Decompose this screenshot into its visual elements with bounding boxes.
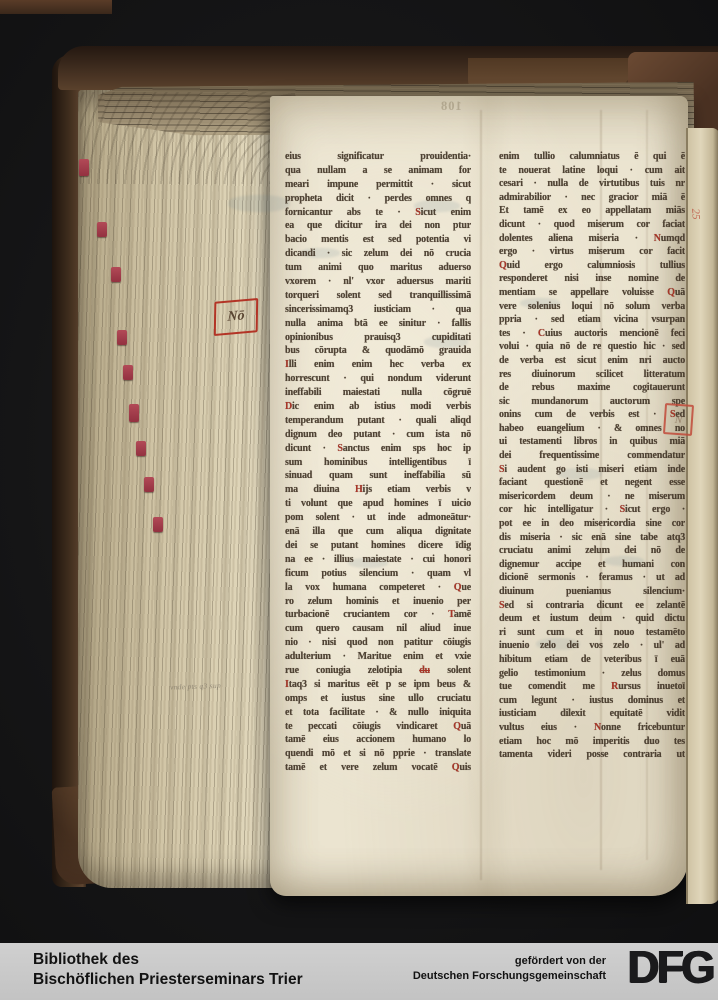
showthrough-smudge: [228, 195, 290, 212]
next-leaf-edge: [686, 128, 718, 904]
ink-text: de rebus maxime cogitauerunt: [499, 382, 685, 393]
manuscript-line: Illi enim enim hec verba ex: [285, 359, 471, 373]
manuscript-line: dis miseria · sic enā sine tabe atq3: [499, 532, 685, 546]
manuscript-line: vere solenius loqui nō solum verba: [499, 301, 685, 315]
manuscript-line: mentiam se appellare voluisse Quā: [499, 287, 685, 301]
ink-text: omps et iustus sine ullo cruciatu: [285, 693, 471, 704]
ink-text: deum et iustum deum · quid dictu: [499, 613, 685, 624]
manuscript-line: cesari · nulla de virtutibus tuis nr: [499, 178, 685, 192]
manuscript-line: horrescunt · qui nondum viderunt: [285, 373, 471, 387]
bookmark-tab: [123, 365, 133, 380]
ink-text: cruciatu animi zelum dei nō de: [499, 545, 685, 556]
ink-text: bus cōrupta & quodāmō grauida: [285, 345, 471, 356]
manuscript-line: dicionē sermonis · feramus · ut ad: [499, 572, 685, 586]
ink-text: cum quero causam nil aliud inue: [285, 623, 471, 634]
manuscript-line: hibitum etiam de veteribus ī euā: [499, 654, 685, 668]
ink-text: de verba est sicut enim nri aucto: [499, 355, 685, 366]
ink-text: umqd: [661, 233, 685, 244]
ink-text: etiam hoc mō imperitis duo tes: [499, 736, 685, 747]
manuscript-line: ri sunt cum et in nouo testamēto: [499, 627, 685, 641]
manuscript-line: Si audent go isti miseri etiam inde: [499, 464, 685, 478]
ink-text: icut enim: [421, 207, 471, 218]
dfg-logo: DFG: [628, 942, 713, 994]
rubric-text: D: [285, 401, 292, 412]
ink-text: tue comendit me: [499, 681, 611, 692]
manuscript-line: ti volunt que apud homines ī uicio: [285, 498, 471, 512]
library-name-line1: Bibliothek des: [33, 950, 303, 970]
library-name: Bibliothek des Bischöflichen Priestersem…: [33, 950, 303, 990]
ink-text: ed si contraria dicunt ee zelantē: [504, 600, 685, 611]
ink-text: adulterium · Maritue enim et vxie: [285, 651, 471, 662]
ink-text: ursus inuetoī: [618, 681, 685, 692]
ink-text: dicunt ·: [285, 443, 337, 454]
credit-banner: Bibliothek des Bischöflichen Priestersem…: [0, 943, 718, 1000]
manuscript-line: ui testamenti libros in quibus miā: [499, 436, 685, 450]
ink-text: uius auctoris mencionē feci: [545, 328, 685, 339]
manuscript-line: dei se putant homines dicere īdig: [285, 540, 471, 554]
manuscript-line: dei frequentissime commendatur: [499, 450, 685, 464]
rubric-text: H: [355, 484, 363, 495]
ink-text: tamenta videri posse contraria ut: [499, 749, 685, 760]
ink-text: dicunt · quod miserum cor faciat: [499, 219, 685, 230]
ink-text: Et tamē ex eo appellatam miās: [499, 205, 685, 216]
ink-text: sincerissimamq3 iusticiam · qua: [285, 304, 471, 315]
manuscript-line: ficum potius silencium · quam vl: [285, 568, 471, 582]
manuscript-line: tes · Cuius auctoris mencionē feci: [499, 328, 685, 342]
manuscript-line: Sed si contraria dicunt ee zelantē: [499, 600, 685, 614]
bookmark-tab: [117, 330, 127, 345]
manuscript-line: cum legunt · iustus dominus et: [499, 695, 685, 709]
ink-text: ue: [461, 582, 471, 593]
manuscript-line: ro zelum hominis et inuenio per: [285, 596, 471, 610]
manuscript-line: adulterium · Maritue enim et vxie: [285, 651, 471, 665]
funding-credit: gefördert von der Deutschen Forschungsge…: [413, 954, 606, 983]
ink-text: torqueri solent sed tranquillissimā: [285, 290, 471, 301]
manuscript-line: cum quero causam nil aliud inue: [285, 623, 471, 637]
manuscript-line: sic mundanorum auctorum spe: [499, 396, 685, 410]
rubric-text: Q: [453, 721, 461, 732]
manuscript-line: ineffabili maiestati nulla cōgruē: [285, 387, 471, 401]
ink-text: propheta dicit · perdes omnes q: [285, 193, 471, 204]
ink-text: nulla anima btā ee sinitur · fallis: [285, 318, 471, 329]
ink-text: cesari · nulla de virtutibus tuis nr: [499, 178, 685, 189]
ink-text: enā illa que cum aliqua dignitate: [285, 526, 471, 537]
ink-text: enim tullio calumniatus ē qui ē: [499, 151, 685, 162]
ink-text: bacio mentis est sed potentia vi: [285, 234, 471, 245]
ink-text: ficum potius silencium · quam vl: [285, 568, 471, 579]
manuscript-line: qua nullam a se animam for: [285, 165, 471, 179]
manuscript-line: la vox humana competeret · Que: [285, 582, 471, 596]
ink-text: onins cum de verbis est ·: [499, 409, 670, 420]
ink-text: hibitum etiam de veteribus ī euā: [499, 654, 685, 665]
ink-text: mentiam se appellare voluisse: [499, 287, 667, 298]
ink-text: vxorem · nl' vxor aduersus mariti: [285, 276, 471, 287]
ink-text: ri sunt cum et in nouo testamēto: [499, 627, 685, 638]
manuscript-line: meari impune permittit · sicut: [285, 179, 471, 193]
manuscript-line: tue comendit me Rursus inuetoī: [499, 681, 685, 695]
ink-text: uid ergo calumniosis tullius: [507, 260, 685, 271]
manuscript-line: admirabilior · nec gracior miā ē: [499, 192, 685, 206]
ink-text: tamē et vere zelum vocatē: [285, 762, 452, 773]
manuscript-line: cruciatu animi zelum dei nō de: [499, 545, 685, 559]
ink-text: turbacionē cruciantem cor ·: [285, 609, 448, 620]
manuscript-line: enim tullio calumniatus ē qui ē: [499, 151, 685, 165]
manuscript-line: Itaq3 si maritus eēt p se ipm beus &: [285, 679, 471, 693]
ink-text: tes ·: [499, 328, 538, 339]
ink-text: anctus enim sps hoc ip: [343, 443, 471, 454]
bookmark-tab: [97, 222, 107, 237]
manuscript-line: etiam hoc mō imperitis duo tes: [499, 736, 685, 750]
ink-text: ijs etiam verbis v: [363, 484, 471, 495]
manuscript-line: tum animi quo maritus aduerso: [285, 262, 471, 276]
ink-text: responderet nisi inse nomine de: [499, 273, 685, 284]
manuscript-line: temperandum putant · quali aliqd: [285, 415, 471, 429]
manuscript-line: dignum deo putant · cum ista nō: [285, 429, 471, 443]
ink-text: sum hominibus intelligentibus ī: [285, 457, 471, 468]
ink-text: tamē eius accionem humano lo: [285, 734, 471, 745]
bookmark-tab: [136, 441, 146, 456]
manuscript-line: sum hominibus intelligentibus ī: [285, 457, 471, 471]
manuscript-line: te nouerat latine loqui · cum ait: [499, 165, 685, 179]
ink-text: fornicantur abs te ·: [285, 207, 415, 218]
ink-text: te nouerat latine loqui · cum ait: [499, 165, 685, 176]
manuscript-line: pom solent · ut inde admoneātur·: [285, 512, 471, 526]
manuscript-line: enā illa que cum aliqua dignitate: [285, 526, 471, 540]
manuscript-line: ergo · virtus miserum cor facit: [499, 246, 685, 260]
manuscript-line: de verba est sicut enim nri aucto: [499, 355, 685, 369]
ink-text: dignum deo putant · cum ista nō: [285, 429, 471, 440]
rubric-text: Q: [499, 260, 507, 271]
manuscript-line: sinuad quam sunt ineffabilia sū: [285, 470, 471, 484]
page-crease: [480, 110, 482, 880]
ink-text: solent: [430, 665, 471, 676]
manuscript-line: dicunt · Sanctus enim sps hoc ip: [285, 443, 471, 457]
ink-text: dolentes aliena miseria ·: [499, 233, 654, 244]
manuscript-line: Quid ergo calumniosis tullius: [499, 260, 685, 274]
manuscript-line: diuinum pueniamus silencium·: [499, 586, 685, 600]
ink-text: cor hic intelligatur ·: [499, 504, 620, 515]
ink-text: pom solent · ut inde admoneātur·: [285, 512, 471, 523]
rubric-text: C: [538, 328, 545, 339]
manuscript-line: cor hic intelligatur · Sicut ergo ·: [499, 504, 685, 518]
rubric-text: du: [419, 665, 430, 676]
nota-mark-left: Nō: [214, 298, 258, 336]
ink-text: icut ergo ·: [625, 504, 685, 515]
ink-text: volui · quia nō de re questio hic · sed: [499, 341, 685, 352]
manuscript-line: propheta dicit · perdes omnes q: [285, 193, 471, 207]
manuscript-line: ppria · sed etiam vicina vsurpan: [499, 314, 685, 328]
ink-text: sinuad quam sunt ineffabilia sū: [285, 470, 471, 481]
manuscript-line: rue coniugia zelotipia du solent: [285, 665, 471, 679]
ink-text: quendi mō et si nō pprie · translate: [285, 748, 471, 759]
manuscript-line: pot ee in deo misericordia sine cor: [499, 518, 685, 532]
manuscript-line: tamē eius accionem humano lo: [285, 734, 471, 748]
ink-text: taq3 si maritus eēt p se ipm beus &: [289, 679, 471, 690]
ink-text: dicandi · sic zelum dei nō crucia: [285, 248, 471, 259]
ink-text: vultus eius ·: [499, 722, 594, 733]
ink-text: diuinum pueniamus silencium·: [499, 586, 685, 597]
ink-text: iusticiam dilexit equitatē vidit: [499, 708, 685, 719]
ink-text: opinionibus prauisq3 cupiditati: [285, 332, 471, 343]
ink-text: amē: [454, 609, 471, 620]
ink-text: sic mundanorum auctorum spe: [499, 396, 685, 407]
ink-text: dignemur accipe et humani con: [499, 559, 685, 570]
rubric-text: N: [594, 722, 601, 733]
ink-text: la vox humana competeret ·: [285, 582, 454, 593]
manuscript-line: opinionibus prauisq3 cupiditati: [285, 332, 471, 346]
ink-text: horrescunt · qui nondum viderunt: [285, 373, 471, 384]
scan-photo-background: eius significatur prouidentia·qua nullam…: [0, 0, 718, 1000]
ink-text: et tota facilitate · & nullo iniquita: [285, 707, 471, 718]
manuscript-line: et tota facilitate · & nullo iniquita: [285, 707, 471, 721]
funding-credit-line2: Deutschen Forschungsgemeinschaft: [413, 969, 606, 984]
ink-text: eius significatur prouidentia·: [285, 151, 471, 162]
ink-text: dei frequentissime commendatur: [499, 450, 685, 461]
folio-ghost-number: 108: [440, 99, 462, 114]
manuscript-line: torqueri solent sed tranquillissimā: [285, 290, 471, 304]
ink-text: ppria · sed etiam vicina vsurpan: [499, 314, 685, 325]
manuscript-line: bacio mentis est sed potentia vi: [285, 234, 471, 248]
ink-text: admirabilior · nec gracior miā ē: [499, 192, 685, 203]
ink-text: dis miseria · sic enā sine tabe atq3: [499, 532, 685, 543]
ink-text: vere solenius loqui nō solum verba: [499, 301, 685, 312]
manuscript-line: vxorem · nl' vxor aduersus mariti: [285, 276, 471, 290]
ink-text: ui testamenti libros in quibus miā: [499, 436, 685, 447]
text-column-right: enim tullio calumniatus ē qui ēte nouera…: [499, 151, 685, 763]
ink-text: qua nullam a se animam for: [285, 165, 471, 176]
manuscript-line: omps et iustus sine ullo cruciatu: [285, 693, 471, 707]
rubric-text: Q: [667, 287, 675, 298]
ink-text: cum legunt · iustus dominus et: [499, 695, 685, 706]
manuscript-line: te peccati cōiugis vindicaret Quā: [285, 721, 471, 735]
library-name-line2: Bischöflichen Priesterseminars Trier: [33, 970, 303, 990]
text-column-left: eius significatur prouidentia·qua nullam…: [285, 151, 471, 776]
ink-text: te peccati cōiugis vindicaret: [285, 721, 453, 732]
ink-text: na ee · illius maiestate · cui honori: [285, 554, 471, 565]
manuscript-line: ea que dicitur ira dei non ptur: [285, 220, 471, 234]
nota-mark-right: N: [663, 403, 694, 436]
bookmark-tab: [153, 517, 163, 532]
ink-text: dicionē sermonis · feramus · ut ad: [499, 572, 685, 583]
page-corner-cascade: [80, 92, 295, 184]
manuscript-line: fornicantur abs te · Sicut enim: [285, 207, 471, 221]
ink-text: ma diuina: [285, 484, 355, 495]
manuscript-line: onins cum de verbis est · Sed: [499, 409, 685, 423]
manuscript-line: res diuinorum scilicet litteratum: [499, 369, 685, 383]
ink-text: nio · nisi quod non patitur cōiugis: [285, 637, 471, 648]
manuscript-line: Et tamē ex eo appellatam miās: [499, 205, 685, 219]
manuscript-line: dignemur accipe et humani con: [499, 559, 685, 573]
ink-text: onne fricebuntur: [601, 722, 685, 733]
ink-text: ea que dicitur ira dei non ptur: [285, 220, 471, 231]
ink-text: meari impune permittit · sicut: [285, 179, 471, 190]
bookmark-tab: [129, 404, 139, 422]
fore-edge-number: 25: [689, 208, 702, 220]
ink-text: ic enim ab istius modi verbis: [292, 401, 471, 412]
manuscript-line: gelio testimonium · zelus domus: [499, 668, 685, 682]
ink-text: dei se putant homines dicere īdig: [285, 540, 471, 551]
manuscript-line: na ee · illius maiestate · cui honori: [285, 554, 471, 568]
manuscript-line: volui · quia nō de re questio hic · sed: [499, 341, 685, 355]
funding-credit-line1: gefördert von der: [413, 954, 606, 969]
ink-text: gelio testimonium · zelus domus: [499, 668, 685, 679]
manuscript-line: faciant questionē et negent esse: [499, 477, 685, 491]
ink-text: tum animi quo maritus aduerso: [285, 262, 471, 273]
ink-text: i audent go isti miseri etiam inde: [504, 464, 685, 475]
ink-text: pot ee in deo misericordia sine cor: [499, 518, 685, 529]
spine-sliver: [0, 0, 112, 14]
ink-text: uis: [459, 762, 471, 773]
manuscript-line: de rebus maxime cogitauerunt: [499, 382, 685, 396]
bookmark-tab: [111, 267, 121, 282]
ink-text: habeo euangelium · & omnes no: [499, 423, 685, 434]
manuscript-line: nulla anima btā ee sinitur · fallis: [285, 318, 471, 332]
ink-text: uā: [461, 721, 471, 732]
ink-text: ineffabili maiestati nulla cōgruē: [285, 387, 471, 398]
manuscript-line: inuenio zelo dei vos zelo · ul' ad: [499, 640, 685, 654]
manuscript-line: nio · nisi quod non patitur cōiugis: [285, 637, 471, 651]
ink-text: inuenio zelo dei vos zelo · ul' ad: [499, 640, 685, 651]
ink-text: misericordem deum · ne miserum: [499, 491, 685, 502]
ink-text: res diuinorum scilicet litteratum: [499, 369, 685, 380]
manuscript-line: vultus eius · Nonne fricebuntur: [499, 722, 685, 736]
bookmark-tab: [79, 159, 89, 176]
manuscript-line: iusticiam dilexit equitatē vidit: [499, 708, 685, 722]
manuscript-line: habeo euangelium · & omnes no: [499, 423, 685, 437]
ink-text: ergo · virtus miserum cor facit: [499, 246, 685, 257]
manuscript-line: turbacionē cruciantem cor · Tamē: [285, 609, 471, 623]
manuscript-line: tamē et vere zelum vocatē Quis: [285, 762, 471, 776]
manuscript-line: eius significatur prouidentia·: [285, 151, 471, 165]
manuscript-line: Dic enim ab istius modi verbis: [285, 401, 471, 415]
ink-text: temperandum putant · quali aliqd: [285, 415, 471, 426]
ink-text: lli enim enim hec verba ex: [289, 359, 471, 370]
manuscript-line: bus cōrupta & quodāmō grauida: [285, 345, 471, 359]
ink-text: ro zelum hominis et inuenio per: [285, 596, 471, 607]
manuscript-line: tamenta videri posse contraria ut: [499, 749, 685, 763]
ink-text: ti volunt que apud homines ī uicio: [285, 498, 471, 509]
manuscript-line: quendi mō et si nō pprie · translate: [285, 748, 471, 762]
ink-text: uā: [675, 287, 685, 298]
manuscript-line: deum et iustum deum · quid dictu: [499, 613, 685, 627]
ink-text: rue coniugia zelotipia: [285, 665, 419, 676]
manuscript-line: dolentes aliena miseria · Numqd: [499, 233, 685, 247]
rubric-text: N: [654, 233, 661, 244]
ink-text: faciant questionē et negent esse: [499, 477, 685, 488]
manuscript-line: ma diuina Hijs etiam verbis v: [285, 484, 471, 498]
manuscript-line: dicunt · quod miserum cor faciat: [499, 219, 685, 233]
manuscript-line: responderet nisi inse nomine de: [499, 273, 685, 287]
manuscript-line: sincerissimamq3 iusticiam · qua: [285, 304, 471, 318]
manuscript-line: misericordem deum · ne miserum: [499, 491, 685, 505]
bookmark-tab: [144, 477, 154, 492]
manuscript-line: dicandi · sic zelum dei nō crucia: [285, 248, 471, 262]
